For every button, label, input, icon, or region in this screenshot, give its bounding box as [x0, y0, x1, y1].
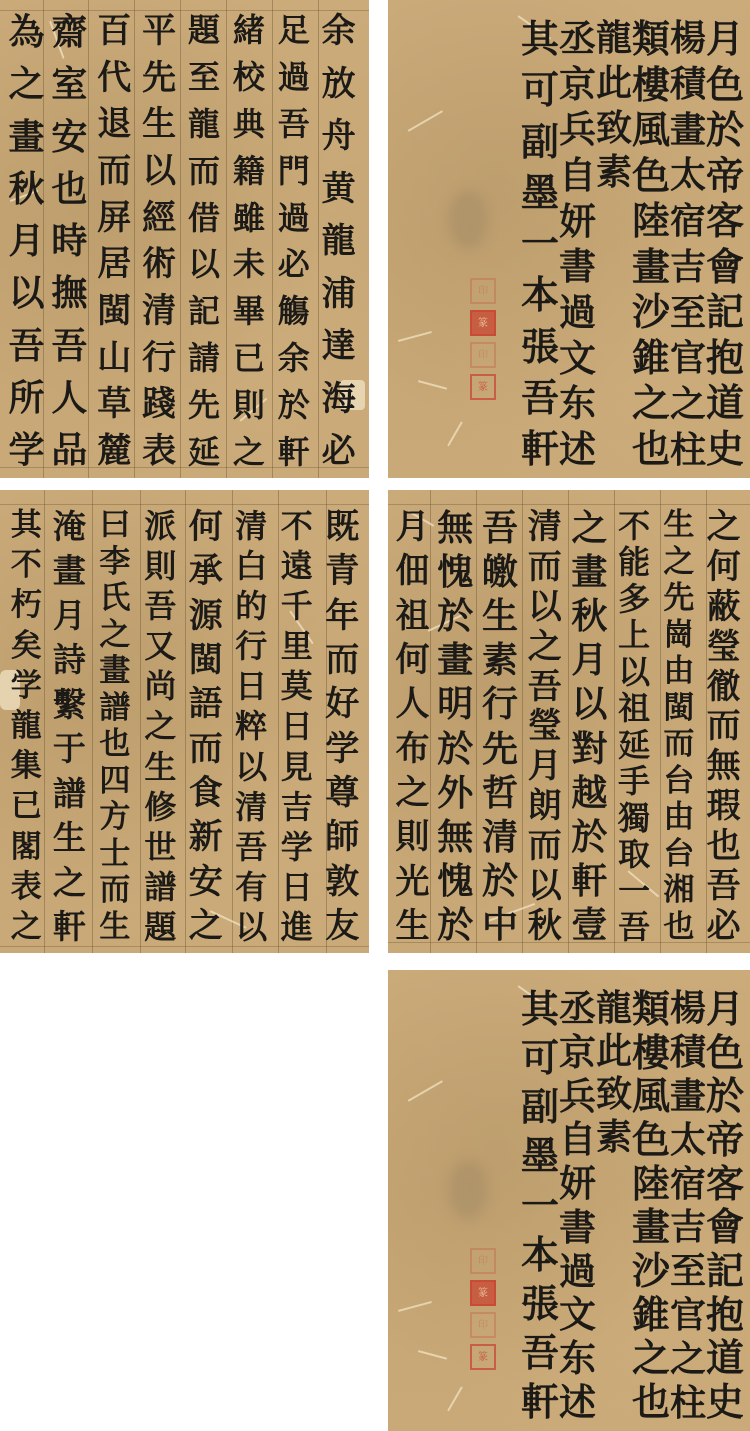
calligraphy-character: 祖 [618, 692, 650, 724]
calligraphy-character: 行 [235, 630, 267, 662]
calligraphy-character: 太 [670, 157, 706, 193]
calligraphy-character: 敦 [325, 865, 359, 899]
text-column: 既青年而好学尊師敦友 [320, 510, 365, 943]
calligraphy-character: 也 [707, 829, 741, 863]
calligraphy-character: 見 [281, 751, 313, 783]
calligraphy-character: 莫 [281, 670, 313, 702]
calligraphy-character: 室 [51, 66, 87, 102]
calligraphy-character: 吉 [670, 249, 706, 285]
calligraphy-character: 吾 [482, 510, 518, 546]
calligraphy-character: 延 [618, 729, 650, 761]
calligraphy-character: 丞 [559, 990, 596, 1027]
calligraphy-character: 秋 [8, 171, 44, 207]
calligraphy-character: 先 [663, 583, 694, 614]
text-column: 龍此致素 [596, 990, 632, 1421]
calligraphy-character: 以 [571, 686, 607, 722]
calligraphy-character: 錐 [632, 1296, 670, 1334]
calligraphy-character: 月 [53, 599, 86, 632]
calligraphy-character: 学 [8, 432, 44, 468]
calligraphy-character: 修 [144, 791, 176, 823]
calligraphy-character: 之 [189, 909, 223, 943]
calligraphy-character: 人 [395, 687, 429, 721]
calligraphy-character: 日 [281, 871, 313, 903]
calligraphy-character: 吾 [528, 670, 562, 704]
calligraphy-character: 代 [97, 61, 131, 95]
seal-stack: 印 篆 印 篆 [470, 1248, 496, 1370]
calligraphy-character: 之 [8, 66, 44, 102]
calligraphy-character: 畫 [53, 554, 86, 587]
calligraphy-character: 世 [144, 831, 176, 863]
calligraphy-character: 延 [188, 436, 220, 468]
calligraphy-character: 朽 [11, 590, 42, 621]
paper-fiber [398, 1301, 432, 1312]
calligraphy-character: 道 [706, 1339, 744, 1377]
calligraphy-character: 本 [521, 276, 559, 314]
calligraphy-character: 於 [437, 907, 473, 943]
calligraphy-character: 軒 [278, 436, 310, 468]
paper-fiber [418, 380, 447, 390]
calligraphy-character: 風 [632, 1077, 670, 1115]
calligraphy-character: 山 [97, 341, 131, 375]
calligraphy-character: 會 [706, 1208, 744, 1246]
calligraphy-character: 清 [482, 819, 518, 855]
calligraphy-character: 楊 [670, 990, 706, 1026]
calligraphy-leaf-2: 月色於帝客會記抱道史 楊積畫太宿吉至官之柱 類樓風色陸畫沙錐之也 龍此致素 丞京… [388, 0, 750, 478]
calligraphy-character: 一 [521, 1187, 559, 1225]
calligraphy-character: 其 [521, 990, 559, 1028]
calligraphy-character: 墨 [521, 174, 559, 212]
text-columns: 之何蔽瑩徹而無瑕也吾必 生之先崗由閩而台由台湘也 不能多上以祖延手獨取一吾 之畫… [392, 510, 746, 943]
calligraphy-character: 也 [99, 729, 130, 760]
text-column: 龍此致素 [596, 20, 632, 468]
calligraphy-character: 過 [278, 61, 310, 93]
calligraphy-character: 不 [281, 510, 313, 542]
calligraphy-character: 閣 [11, 832, 42, 863]
calligraphy-character: 則 [233, 389, 265, 421]
text-column: 月色於帝客會記抱道史 [706, 20, 744, 468]
calligraphy-character: 生 [395, 909, 429, 943]
calligraphy-character: 素 [596, 1119, 632, 1155]
calligraphy-character: 宿 [670, 1166, 706, 1202]
calligraphy-character: 屏 [97, 201, 131, 235]
calligraphy-character: 月 [395, 510, 429, 544]
text-column: 月佃祖何人布之則光生 [392, 510, 433, 943]
text-column: 緒校典籍雖未畢已則之 [226, 14, 271, 468]
calligraphy-character: 而 [189, 732, 223, 766]
calligraphy-character: 副 [521, 1088, 559, 1126]
calligraphy-character: 壹 [571, 907, 607, 943]
calligraphy-character: 語 [189, 687, 223, 721]
calligraphy-character: 秋 [528, 909, 562, 943]
calligraphy-character: 此 [596, 65, 632, 101]
calligraphy-character: 之 [528, 630, 562, 664]
calligraphy-character: 書 [559, 1209, 596, 1246]
text-column: 何承源閩語而食新安之 [183, 510, 228, 943]
calligraphy-character: 帝 [706, 1121, 744, 1159]
text-column: 丞京兵自妍書過文东述 [559, 990, 596, 1421]
ink-smudge [448, 1160, 488, 1220]
calligraphy-character: 矣 [11, 631, 42, 662]
calligraphy-character: 集 [11, 751, 42, 782]
calligraphy-character: 色 [706, 1034, 744, 1072]
calligraphy-character: 記 [706, 293, 744, 331]
calligraphy-character: 畫 [99, 656, 130, 687]
calligraphy-character: 必 [278, 248, 310, 280]
calligraphy-character: 此 [596, 1033, 632, 1069]
calligraphy-character: 安 [51, 119, 87, 155]
calligraphy-character: 墨 [521, 1137, 559, 1175]
calligraphy-character: 緒 [233, 14, 265, 46]
calligraphy-character: 述 [559, 431, 596, 468]
calligraphy-character: 方 [99, 802, 130, 833]
calligraphy-character: 述 [559, 1384, 596, 1421]
calligraphy-character: 譜 [99, 693, 130, 724]
calligraphy-character: 上 [618, 619, 650, 651]
calligraphy-character: 至 [670, 1253, 706, 1289]
paper-fiber [408, 1080, 444, 1102]
calligraphy-character: 客 [706, 1165, 744, 1203]
text-column: 不遠千里莫日見吉学日進 [274, 510, 319, 943]
calligraphy-character: 之 [11, 912, 42, 943]
text-column: 楊積畫太宿吉至官之柱 [670, 990, 706, 1421]
calligraphy-character: 黄 [322, 172, 356, 206]
calligraphy-character: 本 [521, 1236, 559, 1274]
calligraphy-character: 時 [51, 223, 87, 259]
paper-fiber [418, 1350, 447, 1360]
calligraphy-character: 而 [97, 154, 131, 188]
calligraphy-character: 以 [618, 656, 650, 688]
calligraphy-character: 籍 [233, 155, 265, 187]
calligraphy-character: 於 [571, 819, 607, 855]
calligraphy-character: 以 [8, 275, 44, 311]
calligraphy-character: 吾 [8, 328, 44, 364]
calligraphy-character: 生 [99, 912, 130, 943]
calligraphy-character: 学 [325, 732, 359, 766]
calligraphy-character: 抱 [706, 339, 744, 377]
calligraphy-character: 吾 [618, 911, 650, 943]
calligraphy-character: 軒 [521, 430, 559, 468]
calligraphy-character: 能 [618, 546, 650, 578]
calligraphy-character: 門 [278, 155, 310, 187]
calligraphy-character: 先 [142, 61, 176, 95]
calligraphy-character: 記 [706, 1252, 744, 1290]
calligraphy-character: 青 [325, 554, 359, 588]
calligraphy-character: 畫 [670, 1078, 706, 1114]
calligraphy-character: 派 [144, 510, 176, 542]
calligraphy-character: 何 [395, 643, 429, 677]
calligraphy-character: 以 [142, 154, 176, 188]
calligraphy-character: 东 [559, 385, 596, 422]
calligraphy-character: 道 [706, 384, 744, 422]
calligraphy-character: 吾 [707, 869, 741, 903]
calligraphy-character: 之 [53, 866, 86, 899]
calligraphy-character: 過 [278, 202, 310, 234]
calligraphy-character: 對 [571, 731, 607, 767]
calligraphy-character: 退 [97, 107, 131, 141]
calligraphy-character: 不 [11, 550, 42, 581]
calligraphy-character: 表 [11, 872, 42, 903]
calligraphy-character: 畫 [632, 1208, 670, 1246]
calligraphy-character: 無 [437, 510, 473, 546]
calligraphy-character: 於 [706, 111, 744, 149]
calligraphy-character: 史 [706, 430, 744, 468]
text-column: 類樓風色陸畫沙錐之也 [632, 20, 670, 468]
text-column: 丞京兵自妍書過文东述 [559, 20, 596, 468]
seal-impression: 印 [470, 278, 496, 304]
calligraphy-character: 佃 [395, 554, 429, 588]
calligraphy-character: 也 [632, 430, 670, 468]
calligraphy-character: 兵 [559, 111, 596, 148]
calligraphy-character: 其 [11, 510, 42, 541]
calligraphy-character: 人 [51, 380, 87, 416]
calligraphy-character: 中 [482, 907, 518, 943]
calligraphy-character: 譜 [144, 871, 176, 903]
calligraphy-character: 也 [632, 1383, 670, 1421]
calligraphy-character: 清 [142, 294, 176, 328]
text-column: 無愧於畫明於外無愧於 [433, 510, 478, 943]
calligraphy-character: 学 [11, 671, 42, 702]
calligraphy-character: 秋 [571, 598, 607, 634]
seal-impression: 篆 [470, 1344, 496, 1370]
calligraphy-character: 龍 [596, 990, 632, 1026]
calligraphy-character: 手 [618, 765, 650, 797]
calligraphy-character: 畫 [571, 554, 607, 590]
calligraphy-character: 又 [144, 630, 176, 662]
calligraphy-character: 於 [437, 731, 473, 767]
paper-fiber [447, 421, 463, 446]
calligraphy-character: 李 [99, 547, 130, 578]
calligraphy-character: 可 [521, 1039, 559, 1077]
calligraphy-character: 曰 [99, 510, 130, 541]
calligraphy-character: 於 [482, 863, 518, 899]
calligraphy-character: 以 [235, 751, 267, 783]
calligraphy-character: 居 [97, 247, 131, 281]
calligraphy-character: 台 [663, 766, 694, 797]
calligraphy-character: 东 [559, 1340, 596, 1377]
calligraphy-character: 經 [142, 201, 176, 235]
calligraphy-character: 好 [325, 687, 359, 721]
calligraphy-character: 書 [559, 248, 596, 285]
calligraphy-character: 友 [325, 909, 359, 943]
calligraphy-character: 由 [663, 656, 694, 687]
calligraphy-character: 何 [707, 550, 741, 584]
calligraphy-character: 軒 [571, 863, 607, 899]
calligraphy-character: 氏 [99, 583, 130, 614]
calligraphy-character: 而 [528, 550, 562, 584]
calligraphy-character: 齋 [51, 14, 87, 50]
text-columns: 月色於帝客會記抱道史 楊積畫太宿吉至官之柱 類樓風色陸畫沙錐之也 龍此致素 丞京… [523, 990, 744, 1421]
top-border-line [388, 504, 750, 505]
calligraphy-character: 取 [618, 838, 650, 870]
calligraphy-character: 至 [188, 61, 220, 93]
calligraphy-character: 於 [278, 389, 310, 421]
text-column: 平先生以經術清行踐表 [137, 14, 182, 468]
calligraphy-character: 素 [596, 154, 632, 190]
calligraphy-leaf-5: 月色於帝客會記抱道史 楊積畫太宿吉至官之柱 類樓風色陸畫沙錐之也 龍此致素 丞京… [388, 970, 750, 1431]
calligraphy-character: 未 [233, 248, 265, 280]
calligraphy-character: 譜 [53, 777, 86, 810]
calligraphy-character: 撫 [51, 275, 87, 311]
calligraphy-character: 一 [521, 225, 559, 263]
calligraphy-character: 色 [632, 157, 670, 195]
calligraphy-character: 無 [707, 749, 741, 783]
calligraphy-character: 之 [663, 547, 694, 578]
calligraphy-character: 的 [235, 590, 267, 622]
calligraphy-character: 官 [670, 340, 706, 376]
calligraphy-character: 安 [189, 865, 223, 899]
calligraphy-character: 吾 [521, 379, 559, 417]
calligraphy-character: 閩 [663, 693, 694, 724]
calligraphy-character: 徹 [707, 670, 741, 704]
calligraphy-character: 也 [663, 912, 694, 943]
calligraphy-character: 蔽 [707, 590, 741, 624]
calligraphy-character: 軒 [53, 910, 86, 943]
calligraphy-character: 自 [559, 1121, 596, 1158]
calligraphy-character: 而 [663, 729, 694, 760]
calligraphy-character: 色 [632, 1121, 670, 1159]
calligraphy-character: 之 [707, 510, 741, 544]
calligraphy-character: 越 [571, 775, 607, 811]
calligraphy-character: 尊 [325, 776, 359, 810]
calligraphy-character: 之 [571, 510, 607, 546]
calligraphy-character: 京 [559, 66, 596, 103]
calligraphy-character: 月 [571, 642, 607, 678]
calligraphy-character: 會 [706, 248, 744, 286]
calligraphy-character: 致 [596, 110, 632, 146]
text-columns: 余放舟黄龍浦達海必 足過吾門過必觴余於軒 緒校典籍雖未畢已則之 題至龍而借以記請… [6, 14, 361, 468]
calligraphy-character: 外 [437, 775, 473, 811]
calligraphy-character: 繫 [53, 688, 86, 721]
calligraphy-character: 陸 [632, 1165, 670, 1203]
calligraphy-character: 龍 [11, 711, 42, 742]
calligraphy-character: 月 [528, 749, 562, 783]
calligraphy-character: 妍 [559, 203, 596, 240]
text-column: 其可副墨一本張吾軒 [521, 20, 559, 468]
ink-smudge [448, 190, 488, 250]
calligraphy-character: 楊 [670, 20, 706, 56]
seal-stack: 印 篆 印 篆 [470, 278, 496, 400]
calligraphy-character: 以 [528, 869, 562, 903]
calligraphy-character: 不 [618, 510, 650, 542]
calligraphy-character: 借 [188, 202, 220, 234]
text-column: 不能多上以祖延手獨取一吾 [612, 510, 657, 943]
calligraphy-character: 妍 [559, 1165, 596, 1202]
text-column: 齋室安也時撫吾人品 [47, 14, 92, 468]
calligraphy-character: 湘 [663, 875, 694, 906]
text-columns: 既青年而好学尊師敦友 不遠千里莫日見吉学日進 清白的行日粹以清吾有以 何承源閩語… [6, 510, 365, 943]
calligraphy-character: 過 [559, 294, 596, 331]
calligraphy-character: 達 [322, 329, 356, 363]
paper-fiber [408, 110, 444, 132]
text-column: 百代退而屏居閩山草麓 [92, 14, 137, 468]
text-columns: 月色於帝客會記抱道史 楊積畫太宿吉至官之柱 類樓風色陸畫沙錐之也 龍此致素 丞京… [523, 20, 744, 468]
calligraphy-character: 師 [325, 820, 359, 854]
seal-impression: 印 [470, 1248, 496, 1274]
calligraphy-character: 為 [8, 14, 44, 50]
calligraphy-character: 表 [142, 434, 176, 468]
paper-fiber [447, 1386, 463, 1411]
calligraphy-character: 行 [482, 686, 518, 722]
calligraphy-character: 余 [322, 14, 356, 48]
text-column: 吾皦生素行先哲清於中 [478, 510, 523, 943]
calligraphy-character: 明 [437, 686, 473, 722]
calligraphy-character: 帝 [706, 157, 744, 195]
calligraphy-character: 至 [670, 295, 706, 331]
text-column: 足過吾門過必觴余於軒 [271, 14, 316, 468]
calligraphy-character: 之 [144, 710, 176, 742]
calligraphy-character: 進 [281, 911, 313, 943]
calligraphy-character: 瑩 [528, 709, 562, 743]
calligraphy-leaf-1: 余放舟黄龍浦達海必 足過吾門過必觴余於軒 緒校典籍雖未畢已則之 題至龍而借以記請… [0, 0, 369, 478]
calligraphy-character: 之 [395, 776, 429, 810]
calligraphy-character: 以 [235, 911, 267, 943]
calligraphy-character: 獨 [618, 802, 650, 834]
text-column: 之畫秋月以對越於軒壹 [567, 510, 612, 943]
calligraphy-character: 過 [559, 1253, 596, 1290]
calligraphy-character: 以 [528, 590, 562, 624]
calligraphy-character: 閩 [97, 294, 131, 328]
calligraphy-leaf-4: 之何蔽瑩徹而無瑕也吾必 生之先崗由閩而台由台湘也 不能多上以祖延手獨取一吾 之畫… [388, 490, 750, 953]
calligraphy-character: 之 [670, 386, 706, 422]
calligraphy-character: 龍 [188, 108, 220, 140]
calligraphy-character: 放 [322, 67, 356, 101]
calligraphy-character: 浦 [322, 277, 356, 311]
calligraphy-character: 崗 [663, 620, 694, 651]
calligraphy-character: 生 [53, 821, 86, 854]
calligraphy-character: 龍 [596, 20, 632, 56]
calligraphy-character: 承 [189, 554, 223, 588]
calligraphy-character: 何 [189, 510, 223, 544]
calligraphy-character: 題 [144, 911, 176, 943]
calligraphy-character: 文 [559, 340, 596, 377]
calligraphy-character: 色 [706, 66, 744, 104]
calligraphy-character: 樓 [632, 1034, 670, 1072]
calligraphy-character: 尚 [144, 670, 176, 702]
calligraphy-character: 風 [632, 111, 670, 149]
calligraphy-character: 之 [99, 620, 130, 651]
calligraphy-character: 源 [189, 599, 223, 633]
calligraphy-character: 張 [521, 1285, 559, 1323]
text-column: 曰李氏之畫譜也四方士而生 [92, 510, 137, 943]
calligraphy-character: 副 [521, 123, 559, 161]
calligraphy-character: 錐 [632, 339, 670, 377]
calligraphy-character: 典 [233, 108, 265, 140]
calligraphy-character: 沙 [632, 1252, 670, 1290]
calligraphy-character: 于 [53, 732, 86, 765]
calligraphy-character: 積 [670, 1034, 706, 1070]
calligraphy-character: 而 [99, 875, 130, 906]
calligraphy-character: 已 [11, 791, 42, 822]
calligraphy-character: 陸 [632, 202, 670, 240]
calligraphy-character: 里 [281, 630, 313, 662]
calligraphy-character: 柱 [670, 1385, 706, 1421]
calligraphy-character: 請 [188, 342, 220, 374]
calligraphy-character: 吾 [521, 1334, 559, 1372]
calligraphy-character: 而 [188, 155, 220, 187]
calligraphy-character: 吾 [51, 328, 87, 364]
calligraphy-character: 日 [281, 710, 313, 742]
calligraphy-character: 致 [596, 1076, 632, 1112]
calligraphy-character: 軒 [521, 1383, 559, 1421]
seal-impression: 印 [470, 342, 496, 368]
calligraphy-character: 平 [142, 14, 176, 48]
calligraphy-character: 也 [51, 171, 87, 207]
calligraphy-character: 年 [325, 599, 359, 633]
calligraphy-character: 清 [528, 510, 562, 544]
calligraphy-character: 之 [632, 384, 670, 422]
calligraphy-character: 草 [97, 387, 131, 421]
text-column: 清而以之吾瑩月朗而以秋 [522, 510, 567, 943]
